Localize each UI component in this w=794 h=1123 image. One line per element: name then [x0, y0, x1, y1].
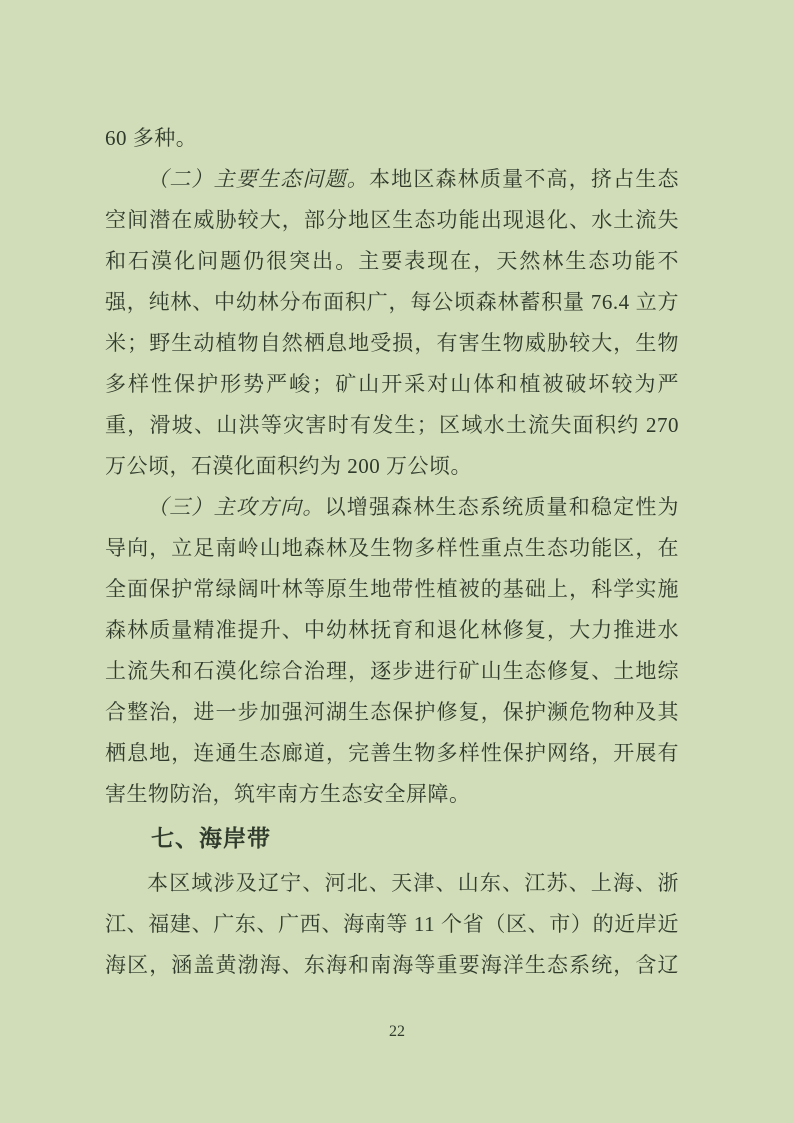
- document-body: 60 多种。 （二）主要生态问题。本地区森林质量不高，挤占生态空间潜在威胁较大，…: [105, 118, 679, 990]
- paragraph-label-2: （二）主要生态问题。: [147, 167, 369, 191]
- paragraph-text-2: 本地区森林质量不高，挤占生态空间潜在威胁较大，部分地区生态功能出现退化、水土流失…: [105, 167, 679, 478]
- paragraph-main-direction: （三）主攻方向。以增强森林生态系统质量和稳定性为导向，立足南岭山地森林及生物多样…: [105, 487, 679, 815]
- paragraph-continuation: 60 多种。: [105, 118, 679, 159]
- document-page: 60 多种。 （二）主要生态问题。本地区森林质量不高，挤占生态空间潜在威胁较大，…: [0, 0, 794, 1123]
- paragraph-main-eco-problems: （二）主要生态问题。本地区森林质量不高，挤占生态空间潜在威胁较大，部分地区生态功…: [105, 159, 679, 487]
- paragraph-label-3: （三）主攻方向。: [147, 495, 325, 519]
- section-heading-coastal-zone: 七、海岸带: [105, 819, 679, 860]
- page-number: 22: [0, 1022, 794, 1042]
- paragraph-coastal-region: 本区域涉及辽宁、河北、天津、山东、江苏、上海、浙江、福建、广东、广西、海南等 1…: [105, 863, 679, 990]
- paragraph-text-3: 以增强森林生态系统质量和稳定性为导向，立足南岭山地森林及生物多样性重点生态功能区…: [105, 495, 679, 806]
